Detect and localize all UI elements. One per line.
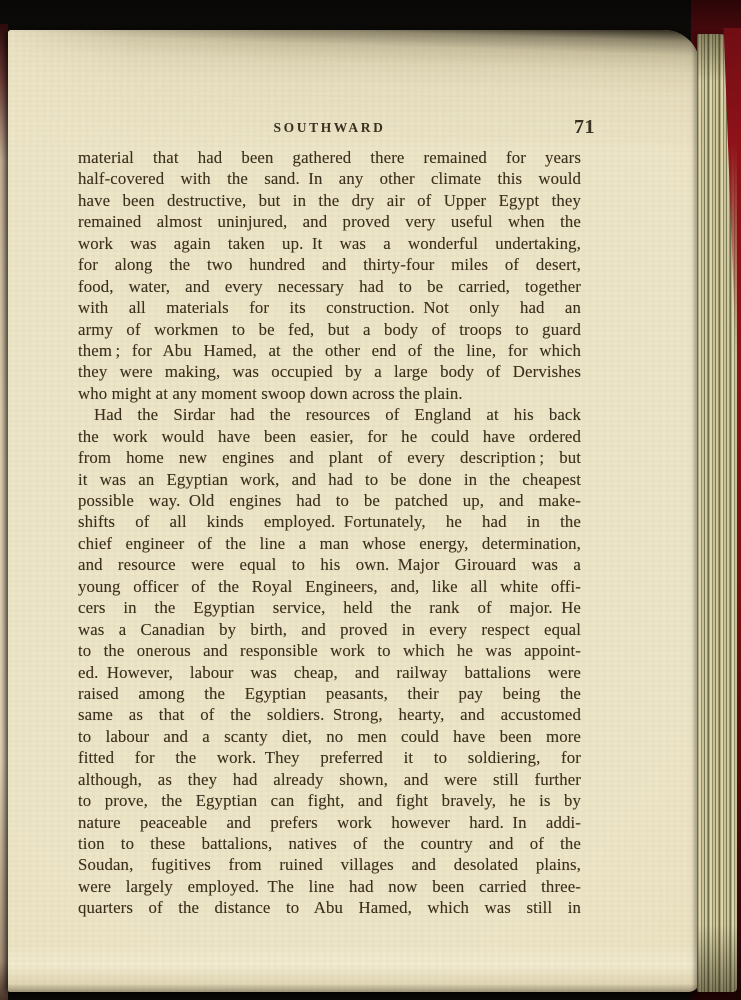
text-line: young officer of the Royal Engineers, an… bbox=[78, 576, 581, 597]
text-line: it was an Egyptian work, and had to be d… bbox=[78, 469, 581, 490]
text-line: cers in the Egyptian service, held the r… bbox=[78, 597, 581, 618]
text-line: them ; for Abu Hamed, at the other end o… bbox=[78, 340, 581, 361]
text-line: quarters of the distance to Abu Hamed, w… bbox=[78, 897, 581, 918]
page-number: 71 bbox=[574, 116, 595, 139]
text-line: and resource were equal to his own. Majo… bbox=[78, 554, 581, 575]
page-bottom-shadow bbox=[8, 946, 700, 992]
running-title: SOUTHWARD bbox=[78, 116, 581, 136]
text-line: with all materials for its construction.… bbox=[78, 297, 581, 318]
text-line: work was again taken up. It was a wonder… bbox=[78, 233, 581, 254]
book-photo: SOUTHWARD 71 material that had been gath… bbox=[0, 0, 741, 1000]
text-line: to labour and a scanty diet, no men coul… bbox=[78, 726, 581, 747]
text-line: to prove, the Egyptian can fight, and fi… bbox=[78, 790, 581, 811]
book-page: SOUTHWARD 71 material that had been gath… bbox=[8, 30, 700, 992]
text-line: the work would have been easier, for he … bbox=[78, 426, 581, 447]
text-line: were largely employed. The line had now … bbox=[78, 876, 581, 897]
text-line: nature peaceable and prefers work howeve… bbox=[78, 812, 581, 833]
text-line: half-covered with the sand. In any other… bbox=[78, 168, 581, 189]
text-line: raised among the Egyptian peasants, thei… bbox=[78, 683, 581, 704]
paragraph: material that had been gathered there re… bbox=[78, 147, 581, 404]
text-line: tion to these battalions, natives of the… bbox=[78, 833, 581, 854]
text-line: fitted for the work. They preferred it t… bbox=[78, 747, 581, 768]
text-line: although, as they had already shown, and… bbox=[78, 769, 581, 790]
text-line: Had the Sirdar had the resources of Engl… bbox=[78, 404, 581, 425]
text-line: shifts of all kinds employed. Fortunatel… bbox=[78, 511, 581, 532]
text-line: Soudan, fugitives from ruined villages a… bbox=[78, 854, 581, 875]
text-line: was a Canadian by birth, and proved in e… bbox=[78, 619, 581, 640]
paragraph: Had the Sirdar had the resources of Engl… bbox=[78, 404, 581, 919]
text-line: army of workmen to be fed, but a body of… bbox=[78, 319, 581, 340]
text-line: chief engineer of the line a man whose e… bbox=[78, 533, 581, 554]
text-line: possible way. Old engines had to be patc… bbox=[78, 490, 581, 511]
text-line: same as that of the soldiers. Strong, he… bbox=[78, 704, 581, 725]
book-cover-left-edge bbox=[0, 24, 8, 1000]
text-line: have been destructive, but in the dry ai… bbox=[78, 190, 581, 211]
text-line: food, water, and every necessary had to … bbox=[78, 276, 581, 297]
page-text: material that had been gathered there re… bbox=[78, 147, 581, 919]
text-line: material that had been gathered there re… bbox=[78, 147, 581, 168]
text-line: remained almost uninjured, and proved ve… bbox=[78, 211, 581, 232]
text-line: for along the two hundred and thirty-fou… bbox=[78, 254, 581, 275]
text-line: they were making, was occupied by a larg… bbox=[78, 361, 581, 382]
text-line: ed. However, labour was cheap, and railw… bbox=[78, 662, 581, 683]
page-header: SOUTHWARD 71 bbox=[78, 116, 581, 140]
text-line: who might at any moment swoop down acros… bbox=[78, 383, 581, 404]
text-line: to the onerous and responsible work to w… bbox=[78, 640, 581, 661]
text-line: from home new engines and plant of every… bbox=[78, 447, 581, 468]
